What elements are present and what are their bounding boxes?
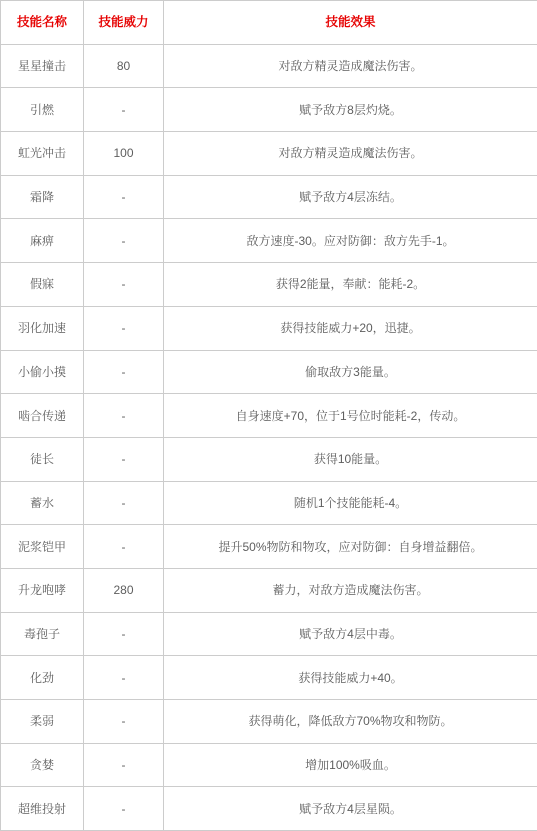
cell-skill-power: -: [84, 743, 164, 787]
cell-skill-effect: 获得技能威力+40。: [164, 656, 537, 700]
cell-skill-effect: 随机1个技能能耗-4。: [164, 481, 537, 525]
table-row: 假寐-获得2能量，奉献：能耗-2。: [1, 263, 537, 307]
cell-skill-name: 贪婪: [1, 743, 84, 787]
cell-skill-name: 化劲: [1, 656, 84, 700]
table-row: 虹光冲击100对敌方精灵造成魔法伤害。: [1, 132, 537, 176]
cell-skill-name: 虹光冲击: [1, 132, 84, 176]
cell-skill-name: 啮合传递: [1, 394, 84, 438]
table-row: 贪婪-增加100%吸血。: [1, 743, 537, 787]
cell-skill-power: 100: [84, 132, 164, 176]
table-row: 徒长-获得10能量。: [1, 437, 537, 481]
table-row: 星星撞击80对敌方精灵造成魔法伤害。: [1, 44, 537, 88]
cell-skill-effect: 提升50%物防和物攻，应对防御：自身增益翻倍。: [164, 525, 537, 569]
cell-skill-effect: 获得萌化，降低敌方70%物攻和物防。: [164, 700, 537, 744]
cell-skill-name: 泥浆铠甲: [1, 525, 84, 569]
cell-skill-effect: 赋予敌方4层冻结。: [164, 175, 537, 219]
cell-skill-effect: 敌方速度-30。应对防御：敌方先手-1。: [164, 219, 537, 263]
cell-skill-effect: 获得2能量，奉献：能耗-2。: [164, 263, 537, 307]
cell-skill-effect: 获得10能量。: [164, 437, 537, 481]
cell-skill-power: -: [84, 525, 164, 569]
cell-skill-effect: 对敌方精灵造成魔法伤害。: [164, 44, 537, 88]
cell-skill-power: -: [84, 263, 164, 307]
cell-skill-power: -: [84, 437, 164, 481]
cell-skill-name: 霜降: [1, 175, 84, 219]
cell-skill-power: -: [84, 88, 164, 132]
skill-table-header: 技能名称 技能威力 技能效果: [1, 1, 537, 45]
cell-skill-name: 羽化加速: [1, 306, 84, 350]
cell-skill-power: -: [84, 787, 164, 831]
cell-skill-name: 蓄水: [1, 481, 84, 525]
cell-skill-name: 超维投射: [1, 787, 84, 831]
header-skill-effect: 技能效果: [164, 1, 537, 45]
table-row: 柔弱-获得萌化，降低敌方70%物攻和物防。: [1, 700, 537, 744]
cell-skill-name: 麻痹: [1, 219, 84, 263]
table-row: 霜降-赋予敌方4层冻结。: [1, 175, 537, 219]
cell-skill-power: -: [84, 612, 164, 656]
cell-skill-name: 星星撞击: [1, 44, 84, 88]
cell-skill-effect: 赋予敌方8层灼烧。: [164, 88, 537, 132]
table-row: 小偷小摸-偷取敌方3能量。: [1, 350, 537, 394]
cell-skill-name: 柔弱: [1, 700, 84, 744]
cell-skill-name: 毒孢子: [1, 612, 84, 656]
header-row: 技能名称 技能威力 技能效果: [1, 1, 537, 45]
page: 技能名称 技能威力 技能效果 星星撞击80对敌方精灵造成魔法伤害。引燃-赋予敌方…: [0, 0, 537, 831]
cell-skill-power: -: [84, 481, 164, 525]
table-row: 超维投射-赋予敌方4层星陨。: [1, 787, 537, 831]
cell-skill-power: 280: [84, 568, 164, 612]
cell-skill-effect: 自身速度+70，位于1号位时能耗-2，传动。: [164, 394, 537, 438]
table-row: 引燃-赋予敌方8层灼烧。: [1, 88, 537, 132]
table-row: 麻痹-敌方速度-30。应对防御：敌方先手-1。: [1, 219, 537, 263]
cell-skill-effect: 对敌方精灵造成魔法伤害。: [164, 132, 537, 176]
cell-skill-effect: 赋予敌方4层中毒。: [164, 612, 537, 656]
table-row: 泥浆铠甲-提升50%物防和物攻，应对防御：自身增益翻倍。: [1, 525, 537, 569]
cell-skill-effect: 偷取敌方3能量。: [164, 350, 537, 394]
skill-table: 技能名称 技能威力 技能效果 星星撞击80对敌方精灵造成魔法伤害。引燃-赋予敌方…: [0, 0, 537, 831]
cell-skill-power: -: [84, 656, 164, 700]
skill-table-body: 星星撞击80对敌方精灵造成魔法伤害。引燃-赋予敌方8层灼烧。虹光冲击100对敌方…: [1, 44, 537, 830]
header-skill-name: 技能名称: [1, 1, 84, 45]
table-row: 毒孢子-赋予敌方4层中毒。: [1, 612, 537, 656]
header-skill-power: 技能威力: [84, 1, 164, 45]
cell-skill-power: -: [84, 175, 164, 219]
table-row: 蓄水-随机1个技能能耗-4。: [1, 481, 537, 525]
cell-skill-name: 假寐: [1, 263, 84, 307]
cell-skill-power: -: [84, 394, 164, 438]
cell-skill-power: -: [84, 350, 164, 394]
cell-skill-effect: 增加100%吸血。: [164, 743, 537, 787]
cell-skill-name: 小偷小摸: [1, 350, 84, 394]
cell-skill-name: 引燃: [1, 88, 84, 132]
cell-skill-effect: 赋予敌方4层星陨。: [164, 787, 537, 831]
table-row: 升龙咆哮280蓄力，对敌方造成魔法伤害。: [1, 568, 537, 612]
table-row: 化劲-获得技能威力+40。: [1, 656, 537, 700]
cell-skill-name: 升龙咆哮: [1, 568, 84, 612]
table-row: 啮合传递-自身速度+70，位于1号位时能耗-2，传动。: [1, 394, 537, 438]
cell-skill-power: -: [84, 219, 164, 263]
cell-skill-effect: 获得技能威力+20，迅捷。: [164, 306, 537, 350]
cell-skill-effect: 蓄力，对敌方造成魔法伤害。: [164, 568, 537, 612]
cell-skill-power: -: [84, 306, 164, 350]
cell-skill-name: 徒长: [1, 437, 84, 481]
cell-skill-power: -: [84, 700, 164, 744]
table-row: 羽化加速-获得技能威力+20，迅捷。: [1, 306, 537, 350]
cell-skill-power: 80: [84, 44, 164, 88]
